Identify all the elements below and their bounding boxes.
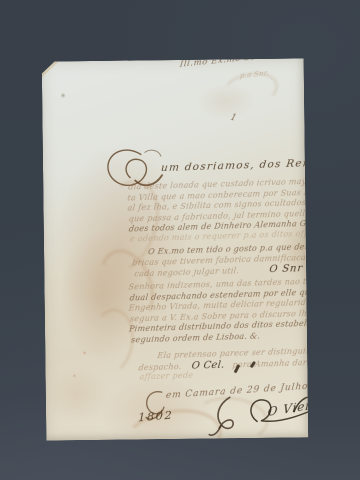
center-flourish	[208, 395, 237, 437]
body-line: seguindo ordem de Lisboa. &.	[131, 332, 261, 344]
photo-area: Ill.mo Ex.mo Senhor p.a Snr. 1 um dosria…	[0, 0, 360, 480]
body-line-dark-segment: O Snr por	[239, 262, 327, 276]
photo-background: { "photo": { "background_color": "#39404…	[0, 0, 360, 480]
folded-corner	[42, 61, 59, 77]
body-line-text: para Amanha dara uma de	[232, 356, 347, 369]
body-line-text: cada negocio julgar util.	[134, 266, 240, 278]
manuscript-page: Ill.mo Ex.mo Senhor p.a Snr. 1 um dosria…	[42, 58, 309, 440]
year: 1802	[138, 410, 173, 424]
salutation-line: Ill.mo Ex.mo Senhor	[179, 51, 279, 70]
body-line: affazer pede	[139, 372, 193, 382]
page-mark: 1	[229, 114, 237, 124]
body-line-dark-segment: O Cel.	[181, 359, 233, 372]
body-line: Ela pretensao parece ser distinguindo-se…	[157, 346, 360, 361]
body-line: um dosriamos, dos Ren	[160, 158, 311, 173]
